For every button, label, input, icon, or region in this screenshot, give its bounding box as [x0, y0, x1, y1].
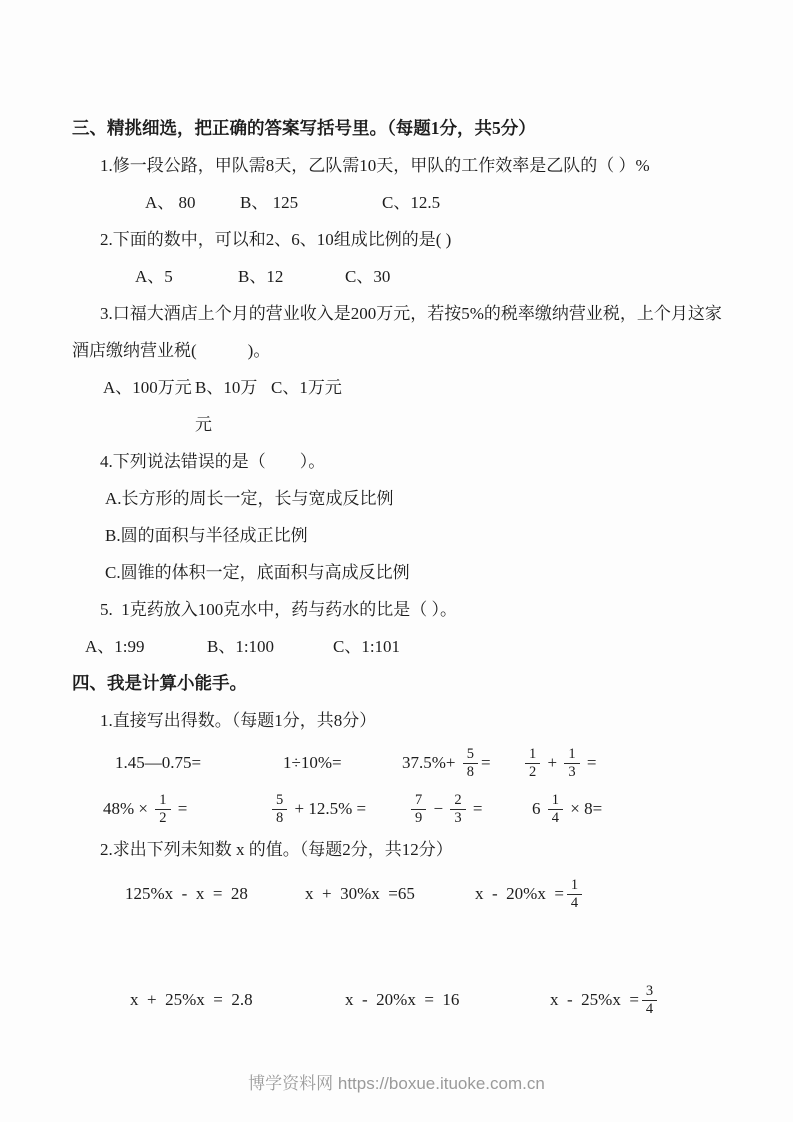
option-a: A、5 [135, 258, 238, 295]
equation: x - 20%x = 16 [345, 990, 550, 1010]
expr-text: + 12.5% = [290, 799, 366, 819]
fraction-numerator: 5 [463, 746, 478, 763]
fraction-denominator: 8 [463, 763, 478, 781]
fraction: 79 [411, 792, 426, 826]
fraction-denominator: 9 [411, 809, 426, 827]
question-2-options: A、5 B、12 C、30 [135, 258, 735, 295]
fraction-denominator: 8 [272, 809, 287, 827]
fraction-numerator: 2 [450, 792, 465, 809]
fraction-numerator: 3 [642, 983, 657, 1000]
fraction-denominator: 3 [564, 763, 579, 781]
option-a: A、1:99 [85, 628, 207, 665]
option-a: A、100万元 [103, 369, 195, 443]
equation: x - 20%x =14 [475, 877, 585, 911]
fraction-denominator: 4 [548, 809, 563, 827]
fraction-denominator: 4 [567, 894, 582, 912]
question-4-text: 4.下列说法错误的是（ ）。 [72, 443, 735, 480]
option-b: B、 125 [240, 184, 382, 221]
expr-text: x - 20%x = 16 [345, 990, 459, 1010]
expr-text: − [429, 799, 447, 819]
question-1-text: 1.修一段公路，甲队需8天，乙队需10天，甲队的工作效率是乙队的（ ）% [72, 147, 735, 184]
calc-row-1: 1.45—0.75= 1÷10%= 37.5%+ 58= 12 + 13 = [72, 741, 735, 785]
fraction: 12 [155, 792, 170, 826]
fraction-denominator: 2 [155, 809, 170, 827]
expr-text: 6 [532, 799, 545, 819]
fraction: 13 [564, 746, 579, 780]
expr-text: 1÷10%= [283, 753, 342, 773]
fraction: 14 [548, 792, 563, 826]
equation-row-1: 125%x - x = 28 x + 30%x =65 x - 20%x =14 [72, 872, 735, 916]
expr-text: x - 20%x = [475, 884, 564, 904]
fraction: 14 [567, 877, 582, 911]
expr-text: + [543, 753, 561, 773]
option-b: B、1:100 [207, 628, 333, 665]
fraction-numerator: 1 [567, 877, 582, 894]
part1-title: 1.直接写出得数。（每题1分，共8分） [72, 702, 735, 739]
fraction-numerator: 5 [272, 792, 287, 809]
expr-text: x + 30%x =65 [305, 884, 415, 904]
question-1-options: A、 80 B、 125 C、12.5 [145, 184, 735, 221]
option-b: B、10万元 [195, 369, 271, 443]
question-3-options: A、100万元 B、10万元 C、1万元 [103, 369, 735, 443]
section3-heading: 三、精挑细选，把正确的答案写括号里。（每题1分，共5分） [72, 110, 735, 147]
question-5-text: 5. 1克药放入100克水中，药与药水的比是（ ）。 [72, 591, 735, 628]
fraction-numerator: 1 [548, 792, 563, 809]
fraction-numerator: 7 [411, 792, 426, 809]
expr-text: x + 25%x = 2.8 [130, 990, 253, 1010]
question-2-text: 2.下面的数中，可以和2、6、10组成比例的是( ) [72, 221, 735, 258]
exam-page: 三、精挑细选，把正确的答案写括号里。（每题1分，共5分） 1.修一段公路，甲队需… [0, 0, 793, 1122]
calc-expression: 37.5%+ 58= [402, 746, 522, 780]
equation-row-2: x + 25%x = 2.8 x - 20%x = 16 x - 25%x =3… [72, 978, 735, 1022]
fraction-numerator: 1 [155, 792, 170, 809]
calc-expression: 1÷10%= [283, 753, 402, 773]
question-5-options: A、1:99 B、1:100 C、1:101 [85, 628, 735, 665]
section4-heading: 四、我是计算小能手。 [72, 665, 735, 702]
expr-text: x - 25%x = [550, 990, 639, 1010]
equation: 125%x - x = 28 [125, 884, 305, 904]
question-4-choice-b: B.圆的面积与半径成正比例 [105, 517, 735, 554]
expr-text: 37.5%+ [402, 753, 460, 773]
question-3-text: 3.口福大酒店上个月的营业收入是200万元，若按5%的税率缴纳营业税，上个月这家… [72, 295, 735, 369]
calc-expression: 79 − 23 = [408, 792, 532, 826]
expr-text: 125%x - x = 28 [125, 884, 248, 904]
option-c: C、1万元 [271, 369, 342, 443]
calc-expression: 1.45—0.75= [115, 753, 283, 773]
expr-text: 48% × [103, 799, 152, 819]
expr-text: × 8= [566, 799, 602, 819]
calc-expression: 12 + 13 = [522, 746, 596, 780]
fraction-denominator: 4 [642, 1000, 657, 1018]
option-c: C、1:101 [333, 628, 400, 665]
fraction: 34 [642, 983, 657, 1017]
part2-title: 2.求出下列未知数 x 的值。（每题2分，共12分） [72, 831, 735, 868]
fraction: 23 [450, 792, 465, 826]
calc-expression: 58 + 12.5% = [269, 792, 408, 826]
option-c: C、30 [345, 258, 390, 295]
expr-text: 1.45—0.75= [115, 753, 201, 773]
fraction: 58 [463, 746, 478, 780]
equation: x + 25%x = 2.8 [130, 990, 345, 1010]
expr-text: = [583, 753, 597, 773]
fraction: 12 [525, 746, 540, 780]
fraction-denominator: 3 [450, 809, 465, 827]
fraction-denominator: 2 [525, 763, 540, 781]
calc-row-2: 48% × 12 = 58 + 12.5% = 79 − 23 = 6 14 ×… [72, 787, 735, 831]
question-4-choice-a: A.长方形的周长一定，长与宽成反比例 [105, 480, 735, 517]
fraction-numerator: 1 [525, 746, 540, 763]
expr-text: = [469, 799, 483, 819]
footer-watermark: 博学资料网 https://boxue.ituoke.com.cn [0, 1069, 793, 1094]
calc-expression: 48% × 12 = [103, 792, 269, 826]
equation: x + 30%x =65 [305, 884, 475, 904]
expr-text: = [481, 753, 491, 773]
question-4-choice-c: C.圆锥的体积一定，底面积与高成反比例 [105, 554, 735, 591]
fraction-numerator: 1 [564, 746, 579, 763]
option-a: A、 80 [145, 184, 240, 221]
calc-expression: 6 14 × 8= [532, 792, 602, 826]
option-c: C、12.5 [382, 184, 440, 221]
option-b: B、12 [238, 258, 345, 295]
expr-text: = [174, 799, 188, 819]
equation: x - 25%x =34 [550, 983, 660, 1017]
fraction: 58 [272, 792, 287, 826]
